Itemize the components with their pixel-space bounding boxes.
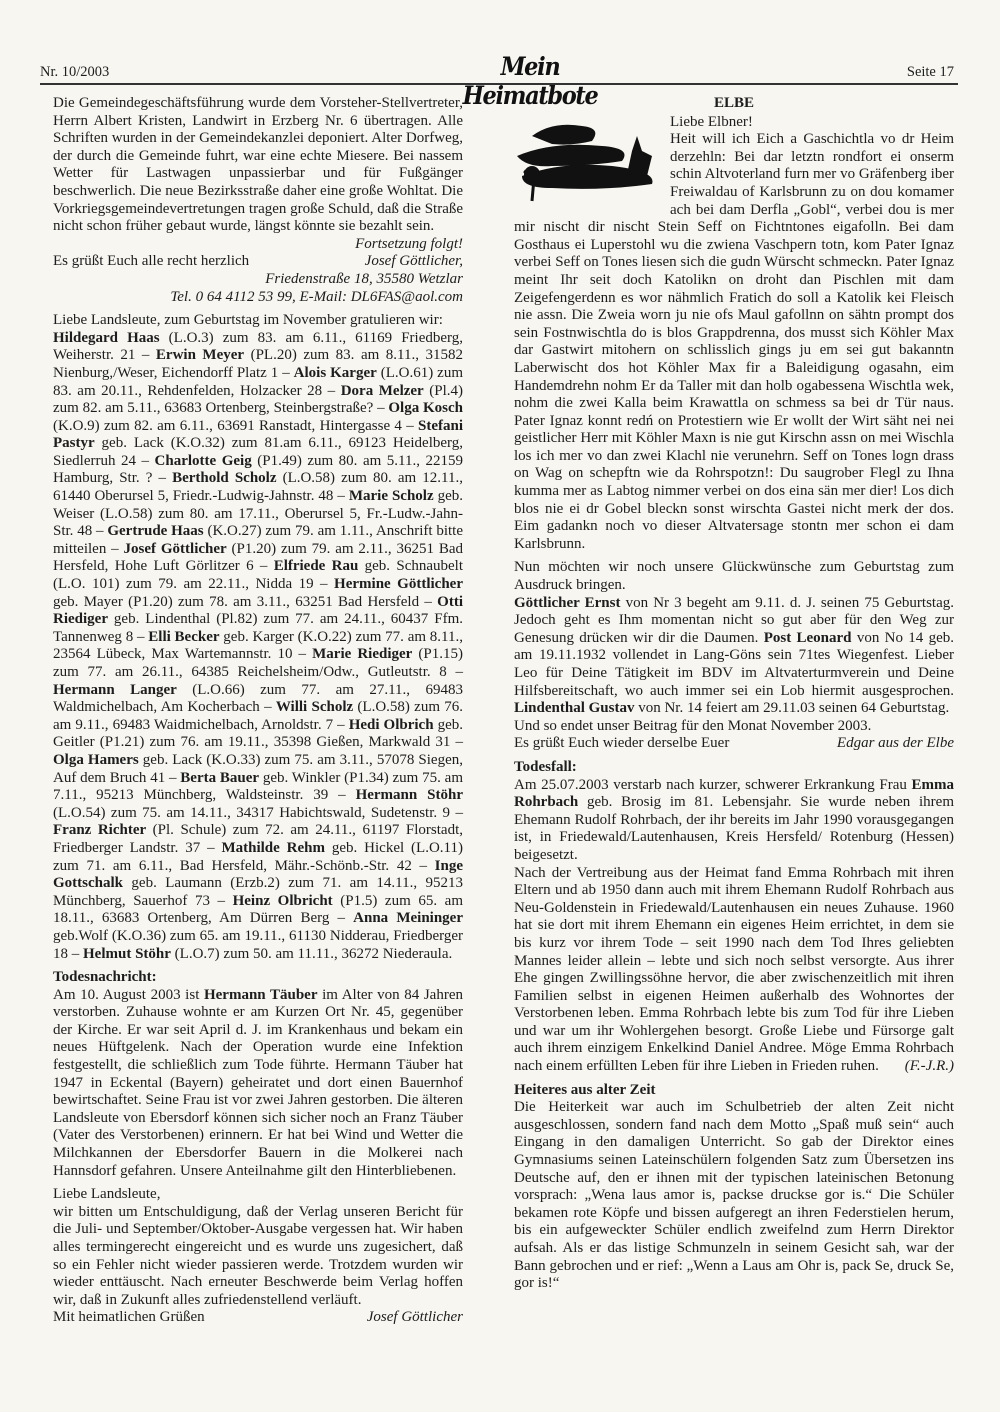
obituary-heading: Todesnachricht: <box>53 969 463 987</box>
birthday-name: Olga Hamers <box>53 752 139 768</box>
obituary-text: Am 10. August 2003 ist Hermann Täuber im… <box>53 987 463 1181</box>
birthday-name: Charlotte Geig <box>155 453 252 469</box>
birthday-details: (L.O.7) zum 50. am 11.11., 36272 Niedera… <box>171 946 452 962</box>
death-text-2: Nach der Vertreibung aus der Heimat fand… <box>514 865 954 1076</box>
birthday-name: Berthold Scholz <box>172 470 276 486</box>
apology-salutation: Liebe Landsleute, <box>53 1186 463 1204</box>
continued-note: Fortsetzung folgt! <box>53 236 463 254</box>
page-number: Seite 17 <box>907 64 954 81</box>
birthday-name: Dora Melzer <box>341 383 424 399</box>
issue-number: Nr. 10/2003 <box>40 64 109 81</box>
humor-heading: Heiteres aus alter Zeit <box>514 1082 954 1100</box>
elbe-signature: Es grüßt Euch wieder derselbe Euer Edgar… <box>514 735 954 753</box>
birthday-name: Helmut Stöhr <box>83 946 171 962</box>
birthday-name: Anna Meininger <box>353 910 463 926</box>
birthday-name: Alois Karger <box>294 365 377 381</box>
birthday-details: (L.O.54) zum 75. am 14.11., 34317 Habich… <box>53 805 463 821</box>
birthday-name: Franz Richter <box>53 822 146 838</box>
signature-line: Es grüßt Euch alle recht herzlich Josef … <box>53 253 463 271</box>
death-text-1: Am 25.07.2003 verstarb nach kurzer, schw… <box>514 777 954 865</box>
section-title-elbe: ELBE <box>514 95 954 113</box>
birthday-name: Marie Scholz <box>349 488 434 504</box>
birthday-name: Marie Riediger <box>312 646 412 662</box>
birthday-name: Josef Göttlicher <box>124 541 227 557</box>
birthday-name: Mathilde Rehm <box>221 840 325 856</box>
humor-text: Die Heiterkeit war auch im Schulbetrieb … <box>514 1099 954 1293</box>
birthday-name: Willi Scholz <box>276 699 353 715</box>
apology-text: wir bitten um Entschuldigung, daß der Ve… <box>53 1204 463 1310</box>
birthday-intro: Liebe Landsleute, zum Geburtstag im Nove… <box>53 312 463 330</box>
left-column: Die Gemeindegeschäftsführung wurde dem V… <box>53 95 463 1327</box>
birthday-name: Berta Bauer <box>180 770 259 786</box>
death-heading: Todesfall: <box>514 759 954 777</box>
greeting: Es grüßt Euch alle recht herzlich <box>53 253 249 271</box>
birthday-name: Elfriede Rau <box>274 558 359 574</box>
birthday-name: Hermine Göttlicher <box>334 576 463 592</box>
wishes-text: Göttlicher Ernst von Nr 3 begeht am 9.11… <box>514 595 954 718</box>
birthday-name: Hedi Olbrich <box>349 717 434 733</box>
deceased-name: Hermann Täuber <box>204 987 318 1003</box>
right-column: ELBE Liebe Elbner! Heit will ich Eich a … <box>514 95 954 1293</box>
page-header: Nr. 10/2003 Mein Heimatbote Seite 17 <box>40 52 960 82</box>
wishes-intro: Nun möchten wir noch unsere Glückwünsche… <box>514 559 954 594</box>
header-rule <box>40 83 958 85</box>
birthday-name: Hermann Langer <box>53 682 177 698</box>
signer: Josef Göttlicher, <box>365 253 463 271</box>
birthday-details: geb. Mayer (P1.20) zum 78. am 3.11., 632… <box>53 594 437 610</box>
birthday-name: Hildegard Haas <box>53 330 160 346</box>
birthday-name: Olga Kosch <box>388 400 463 416</box>
birthday-list: Hildegard Haas (L.O.3) zum 83. am 6.11.,… <box>53 330 463 963</box>
landscape-illustration-icon <box>512 116 662 206</box>
birthday-name: Heinz Olbricht <box>233 893 333 909</box>
birthday-name: Hermann Stöhr <box>356 787 463 803</box>
signer-address: Friedenstraße 18, 35580 Wetzlar <box>53 271 463 289</box>
apology-signature: Mit heimatlichen Grüßen Josef Göttlicher <box>53 1309 463 1327</box>
birthday-name: Elli Becker <box>148 629 219 645</box>
birthday-name: Gertrude Haas <box>107 523 203 539</box>
signer-contact: Tel. 0 64 4112 53 99, E-Mail: DL6FAS@aol… <box>53 289 463 307</box>
intro-paragraph: Die Gemeindegeschäftsführung wurde dem V… <box>53 95 463 236</box>
birthday-details: (K.O.9) zum 82. am 6.11., 63691 Ranstadt… <box>53 418 418 434</box>
birthday-name: Erwin Meyer <box>156 347 244 363</box>
ending-line: Und so endet unser Beitrag für den Monat… <box>514 718 954 736</box>
